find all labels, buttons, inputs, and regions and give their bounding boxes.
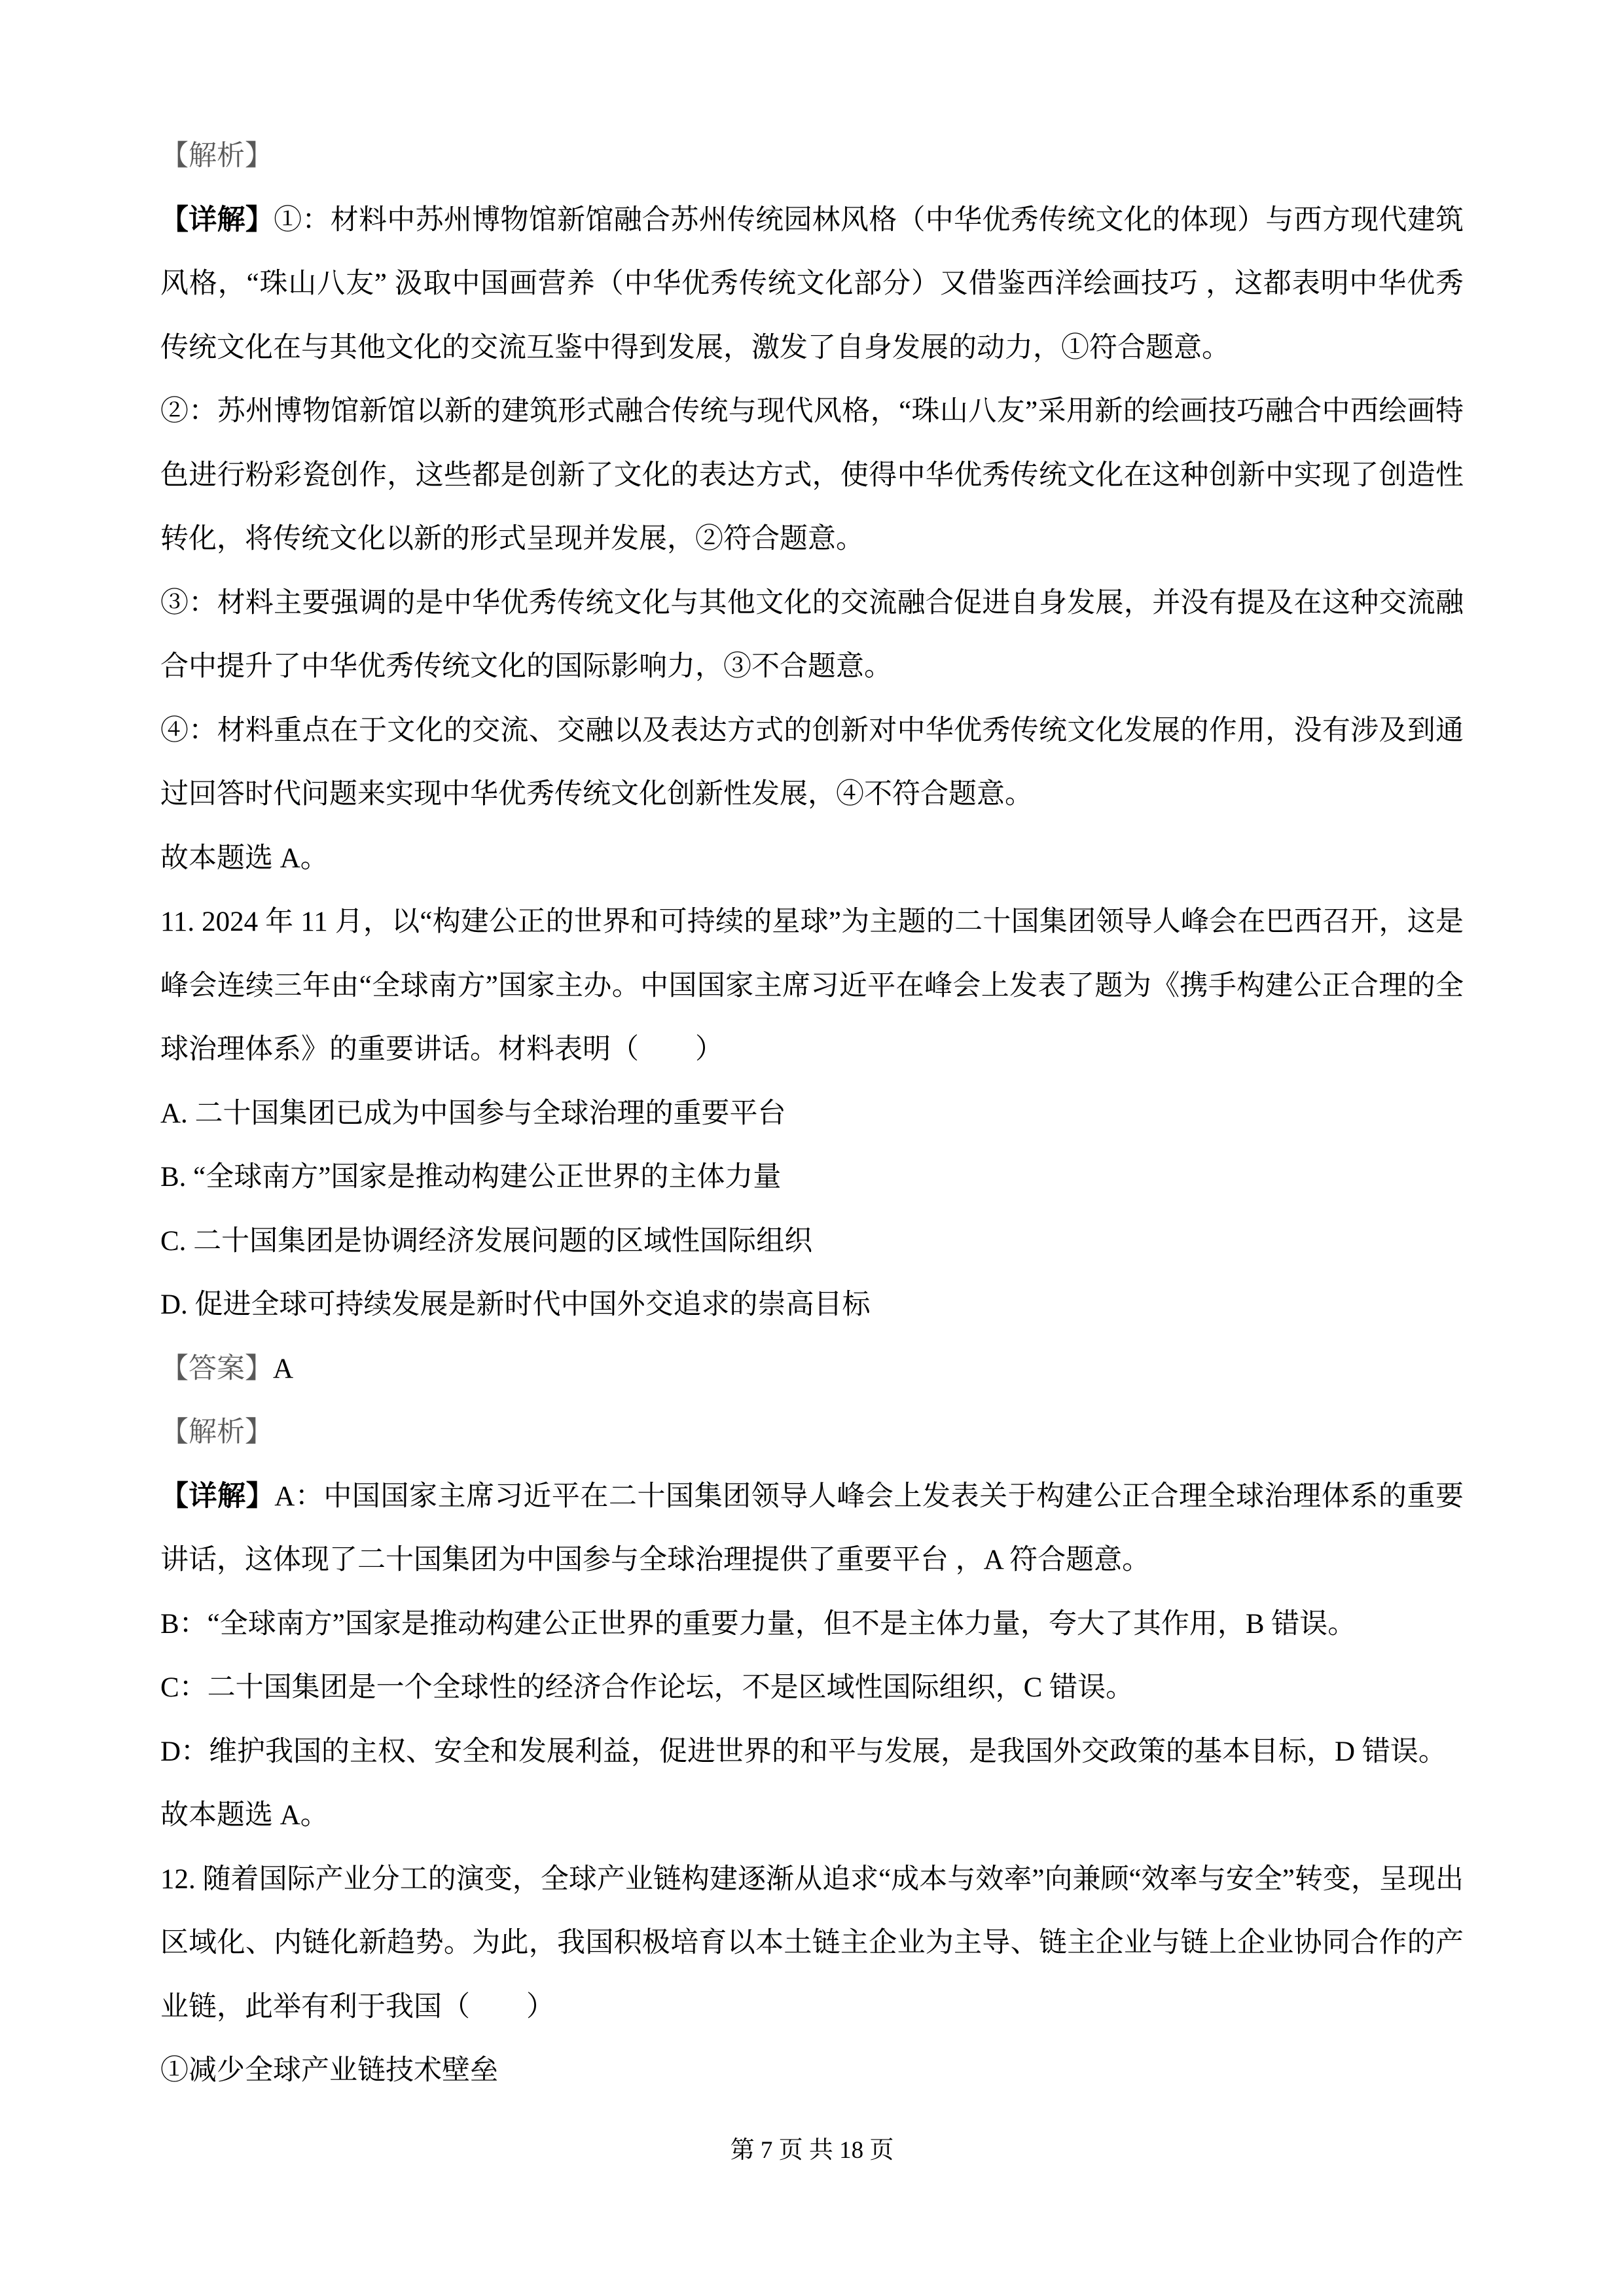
answer-line: 【答案】A (160, 1337, 1464, 1401)
question-12-stem: 12. 随着国际产业分工的演变，全球产业链构建逐渐从追求“成本与效率”向兼顾“效… (160, 1848, 1464, 2039)
option-c-text: C. 二十国集团是协调经济发展问题的区域性国际组织 (160, 1226, 812, 1257)
detail-text-4: ④：材料重点在于文化的交流、交融以及表达方式的创新对中华优秀传统文化发展的作用，… (160, 715, 1464, 810)
detail-text-2: ②：苏州博物馆新馆以新的建筑形式融合传统与现代风格，“珠山八友”采用新的绘画技巧… (160, 396, 1464, 554)
detail-label-2: 【详解】 (160, 1481, 274, 1512)
detail-paragraph-3: ③：材料主要强调的是中华优秀传统文化与其他文化的交流融合促进自身发展，并没有提及… (160, 571, 1464, 699)
question-11-option-d: D. 促进全球可持续发展是新时代中国外交追求的崇高目标 (160, 1273, 1464, 1337)
option-a-text: A. 二十国集团已成为中国参与全球治理的重要平台 (160, 1098, 786, 1129)
detail-paragraph-b: B：“全球南方”国家是推动构建公正世界的重要力量，但不是主体力量，夸大了其作用，… (160, 1592, 1464, 1657)
detail-paragraph-c: C：二十国集团是一个全球性的经济合作论坛，不是区域性国际组织，C 错误。 (160, 1656, 1464, 1720)
detail-paragraph-4: ④：材料重点在于文化的交流、交融以及表达方式的创新对中华优秀传统文化发展的作用，… (160, 699, 1464, 827)
conclusion-q11: 故本题选 A。 (160, 1784, 1464, 1848)
detail-text-d: D：维护我国的主权、安全和发展利益，促进世界的和平与发展，是我国外交政策的基本目… (160, 1736, 1447, 1767)
answer-value: A (273, 1354, 293, 1384)
conclusion-q10-text: 故本题选 A。 (160, 843, 329, 874)
detail-paragraph-1: 【详解】①：材料中苏州博物馆新馆融合苏州传统园林风格（中华优秀传统文化的体现）与… (160, 188, 1464, 380)
detail-paragraph-a: 【详解】A：中国国家主席习近平在二十国集团领导人峰会上发表关于构建公正合理全球治… (160, 1465, 1464, 1592)
question-12-text: 12. 随着国际产业分工的演变，全球产业链构建逐渐从追求“成本与效率”向兼顾“效… (160, 1864, 1464, 2022)
analysis-label: 【解析】 (160, 124, 1464, 188)
detail-paragraph-2: ②：苏州博物馆新馆以新的建筑形式融合传统与现代风格，“珠山八友”采用新的绘画技巧… (160, 380, 1464, 571)
question-11-option-b: B. “全球南方”国家是推动构建公正世界的主体力量 (160, 1145, 1464, 1210)
detail-text-3: ③：材料主要强调的是中华优秀传统文化与其他文化的交流融合促进自身发展，并没有提及… (160, 588, 1464, 683)
detail-text-1: ①：材料中苏州博物馆新馆融合苏州传统园林风格（中华优秀传统文化的体现）与西方现代… (160, 205, 1464, 363)
analysis-label-text: 【解析】 (160, 141, 273, 171)
detail-paragraph-d: D：维护我国的主权、安全和发展利益，促进世界的和平与发展，是我国外交政策的基本目… (160, 1720, 1464, 1784)
question-12-item-1: ①减少全球产业链技术壁垒 (160, 2039, 1464, 2103)
detail-text-b: B：“全球南方”国家是推动构建公正世界的重要力量，但不是主体力量，夸大了其作用，… (160, 1609, 1356, 1640)
option-b-text: B. “全球南方”国家是推动构建公正世界的主体力量 (160, 1162, 781, 1193)
document-page: 【解析】 【详解】①：材料中苏州博物馆新馆融合苏州传统园林风格（中华优秀传统文化… (0, 0, 1624, 2296)
answer-label: 【答案】 (160, 1354, 273, 1384)
question-11-stem: 11. 2024 年 11 月，以“构建公正的世界和可持续的星球”为主题的二十国… (160, 890, 1464, 1082)
question-11-option-c: C. 二十国集团是协调经济发展问题的区域性国际组织 (160, 1210, 1464, 1274)
conclusion-q11-text: 故本题选 A。 (160, 1800, 329, 1831)
question-11-text: 11. 2024 年 11 月，以“构建公正的世界和可持续的星球”为主题的二十国… (160, 906, 1464, 1065)
conclusion-q10: 故本题选 A。 (160, 827, 1464, 891)
detail-text-a: A：中国国家主席习近平在二十国集团领导人峰会上发表关于构建公正合理全球治理体系的… (160, 1481, 1464, 1576)
page-content: 【解析】 【详解】①：材料中苏州博物馆新馆融合苏州传统园林风格（中华优秀传统文化… (160, 124, 1464, 2103)
analysis-label-2: 【解析】 (160, 1401, 1464, 1465)
analysis-label-2-text: 【解析】 (160, 1417, 273, 1448)
page-number: 第 7 页 共 18 页 (0, 2135, 1624, 2166)
detail-text-c: C：二十国集团是一个全球性的经济合作论坛，不是区域性国际组织，C 错误。 (160, 1672, 1134, 1703)
detail-label: 【详解】 (160, 205, 274, 236)
option-d-text: D. 促进全球可持续发展是新时代中国外交追求的崇高目标 (160, 1289, 871, 1320)
question-11-option-a: A. 二十国集团已成为中国参与全球治理的重要平台 (160, 1082, 1464, 1146)
question-12-item-1-text: ①减少全球产业链技术壁垒 (160, 2055, 498, 2086)
